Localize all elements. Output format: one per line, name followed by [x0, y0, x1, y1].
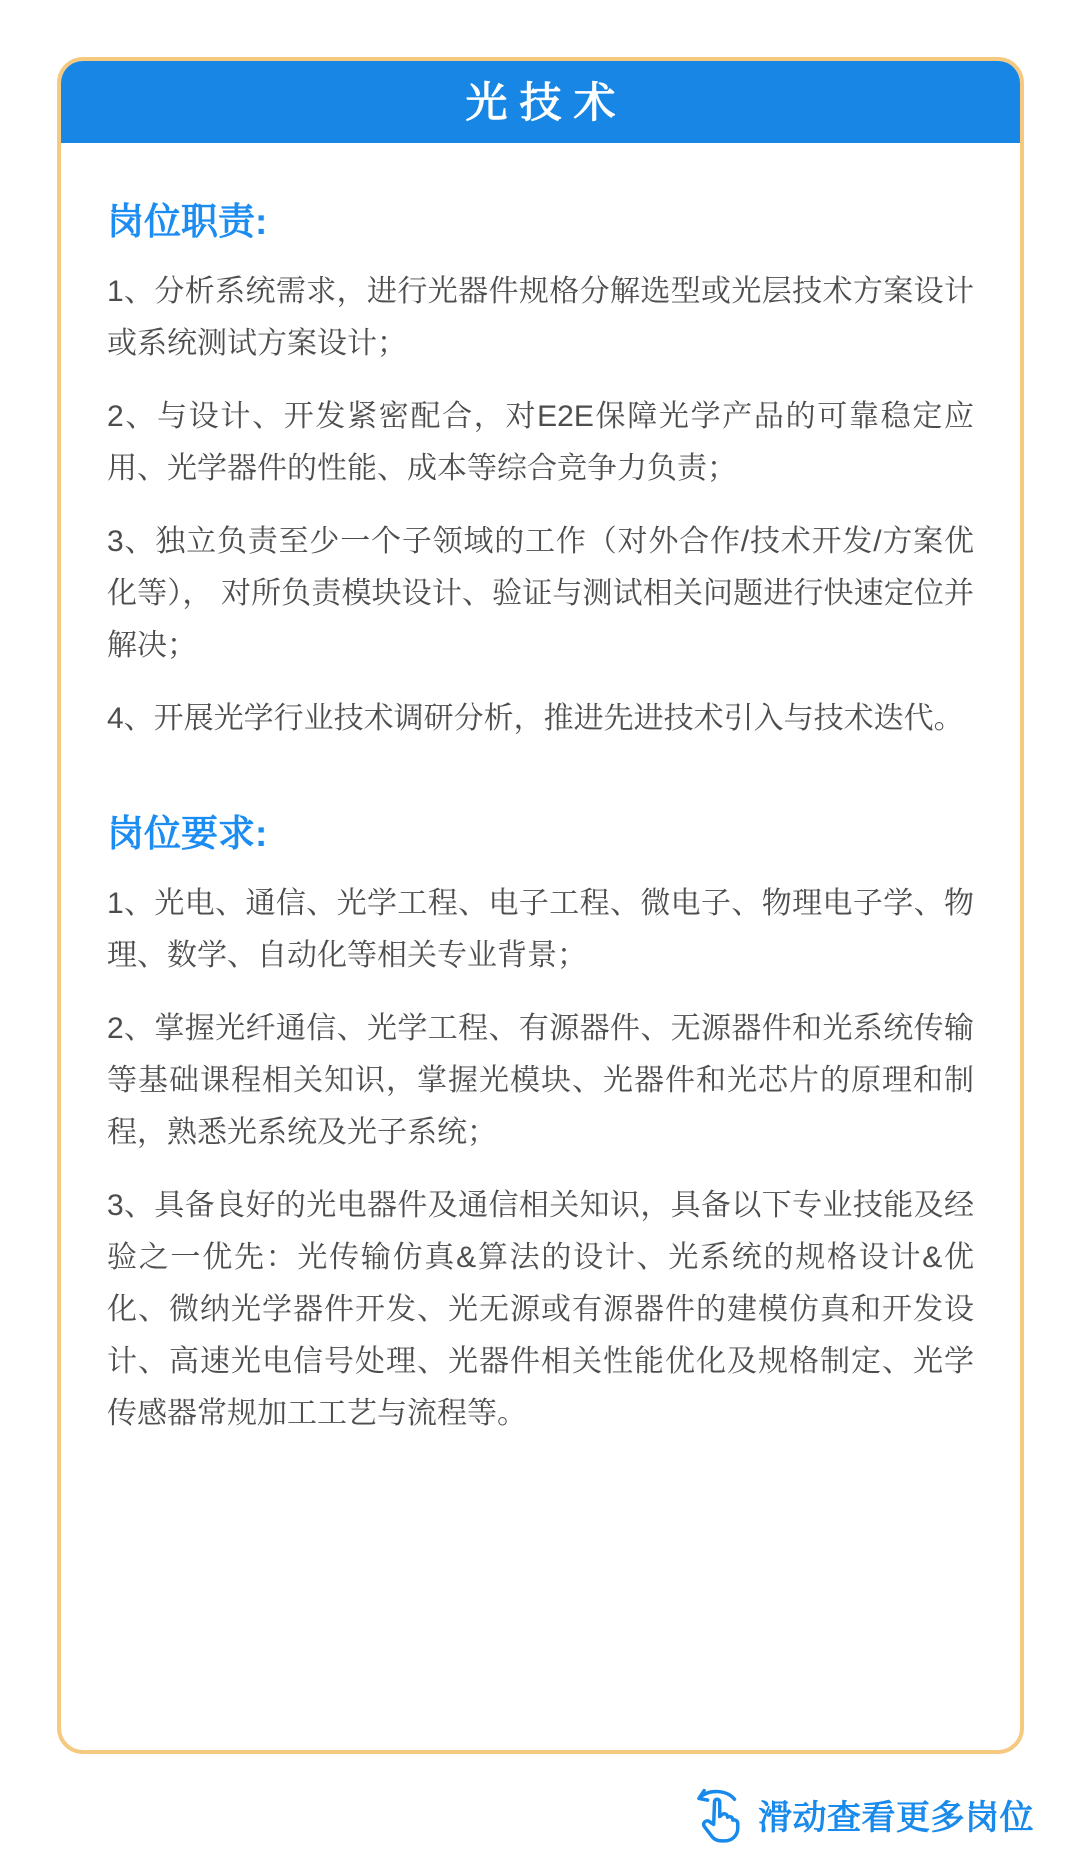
job-card: 光技术 岗位职责: 1、分析系统需求，进行光器件规格分解选型或光层技术方案设计或… — [57, 57, 1024, 1754]
duty-item: 4、开展光学行业技术调研分析，推进先进技术引入与技术迭代。 — [107, 693, 974, 745]
swipe-hint[interactable]: 滑动查看更多岗位 — [692, 1785, 1034, 1843]
requirement-item: 2、掌握光纤通信、光学工程、有源器件、无源器件和光系统传输等基础课程相关知识，掌… — [107, 1003, 974, 1159]
section-heading-duties: 岗位职责: — [107, 191, 974, 245]
duty-item: 2、与设计、开发紧密配合，对E2E保障光学产品的可靠稳定应用、光学器件的性能、成… — [107, 391, 974, 495]
swipe-hint-label: 滑动查看更多岗位 — [758, 1790, 1034, 1839]
page-title: 光技术 — [453, 70, 627, 130]
section-heading-requirements: 岗位要求: — [107, 803, 974, 857]
requirement-item: 3、具备良好的光电器件及通信相关知识，具备以下专业技能及经验之一优先：光传输仿真… — [107, 1180, 974, 1440]
job-posting-page: 光技术 岗位职责: 1、分析系统需求，进行光器件规格分解选型或光层技术方案设计或… — [0, 0, 1080, 1873]
job-card-body: 岗位职责: 1、分析系统需求，进行光器件规格分解选型或光层技术方案设计或系统测试… — [61, 143, 1020, 1440]
duty-item: 1、分析系统需求，进行光器件规格分解选型或光层技术方案设计或系统测试方案设计； — [107, 266, 974, 370]
duty-item: 3、独立负责至少一个子领域的工作（对外合作/技术开发/方案优化等）， 对所负责模… — [107, 516, 974, 672]
job-card-header: 光技术 — [57, 57, 1024, 143]
swipe-hand-icon — [692, 1785, 744, 1843]
requirement-item: 1、光电、通信、光学工程、电子工程、微电子、物理电子学、物理、数学、自动化等相关… — [107, 878, 974, 982]
